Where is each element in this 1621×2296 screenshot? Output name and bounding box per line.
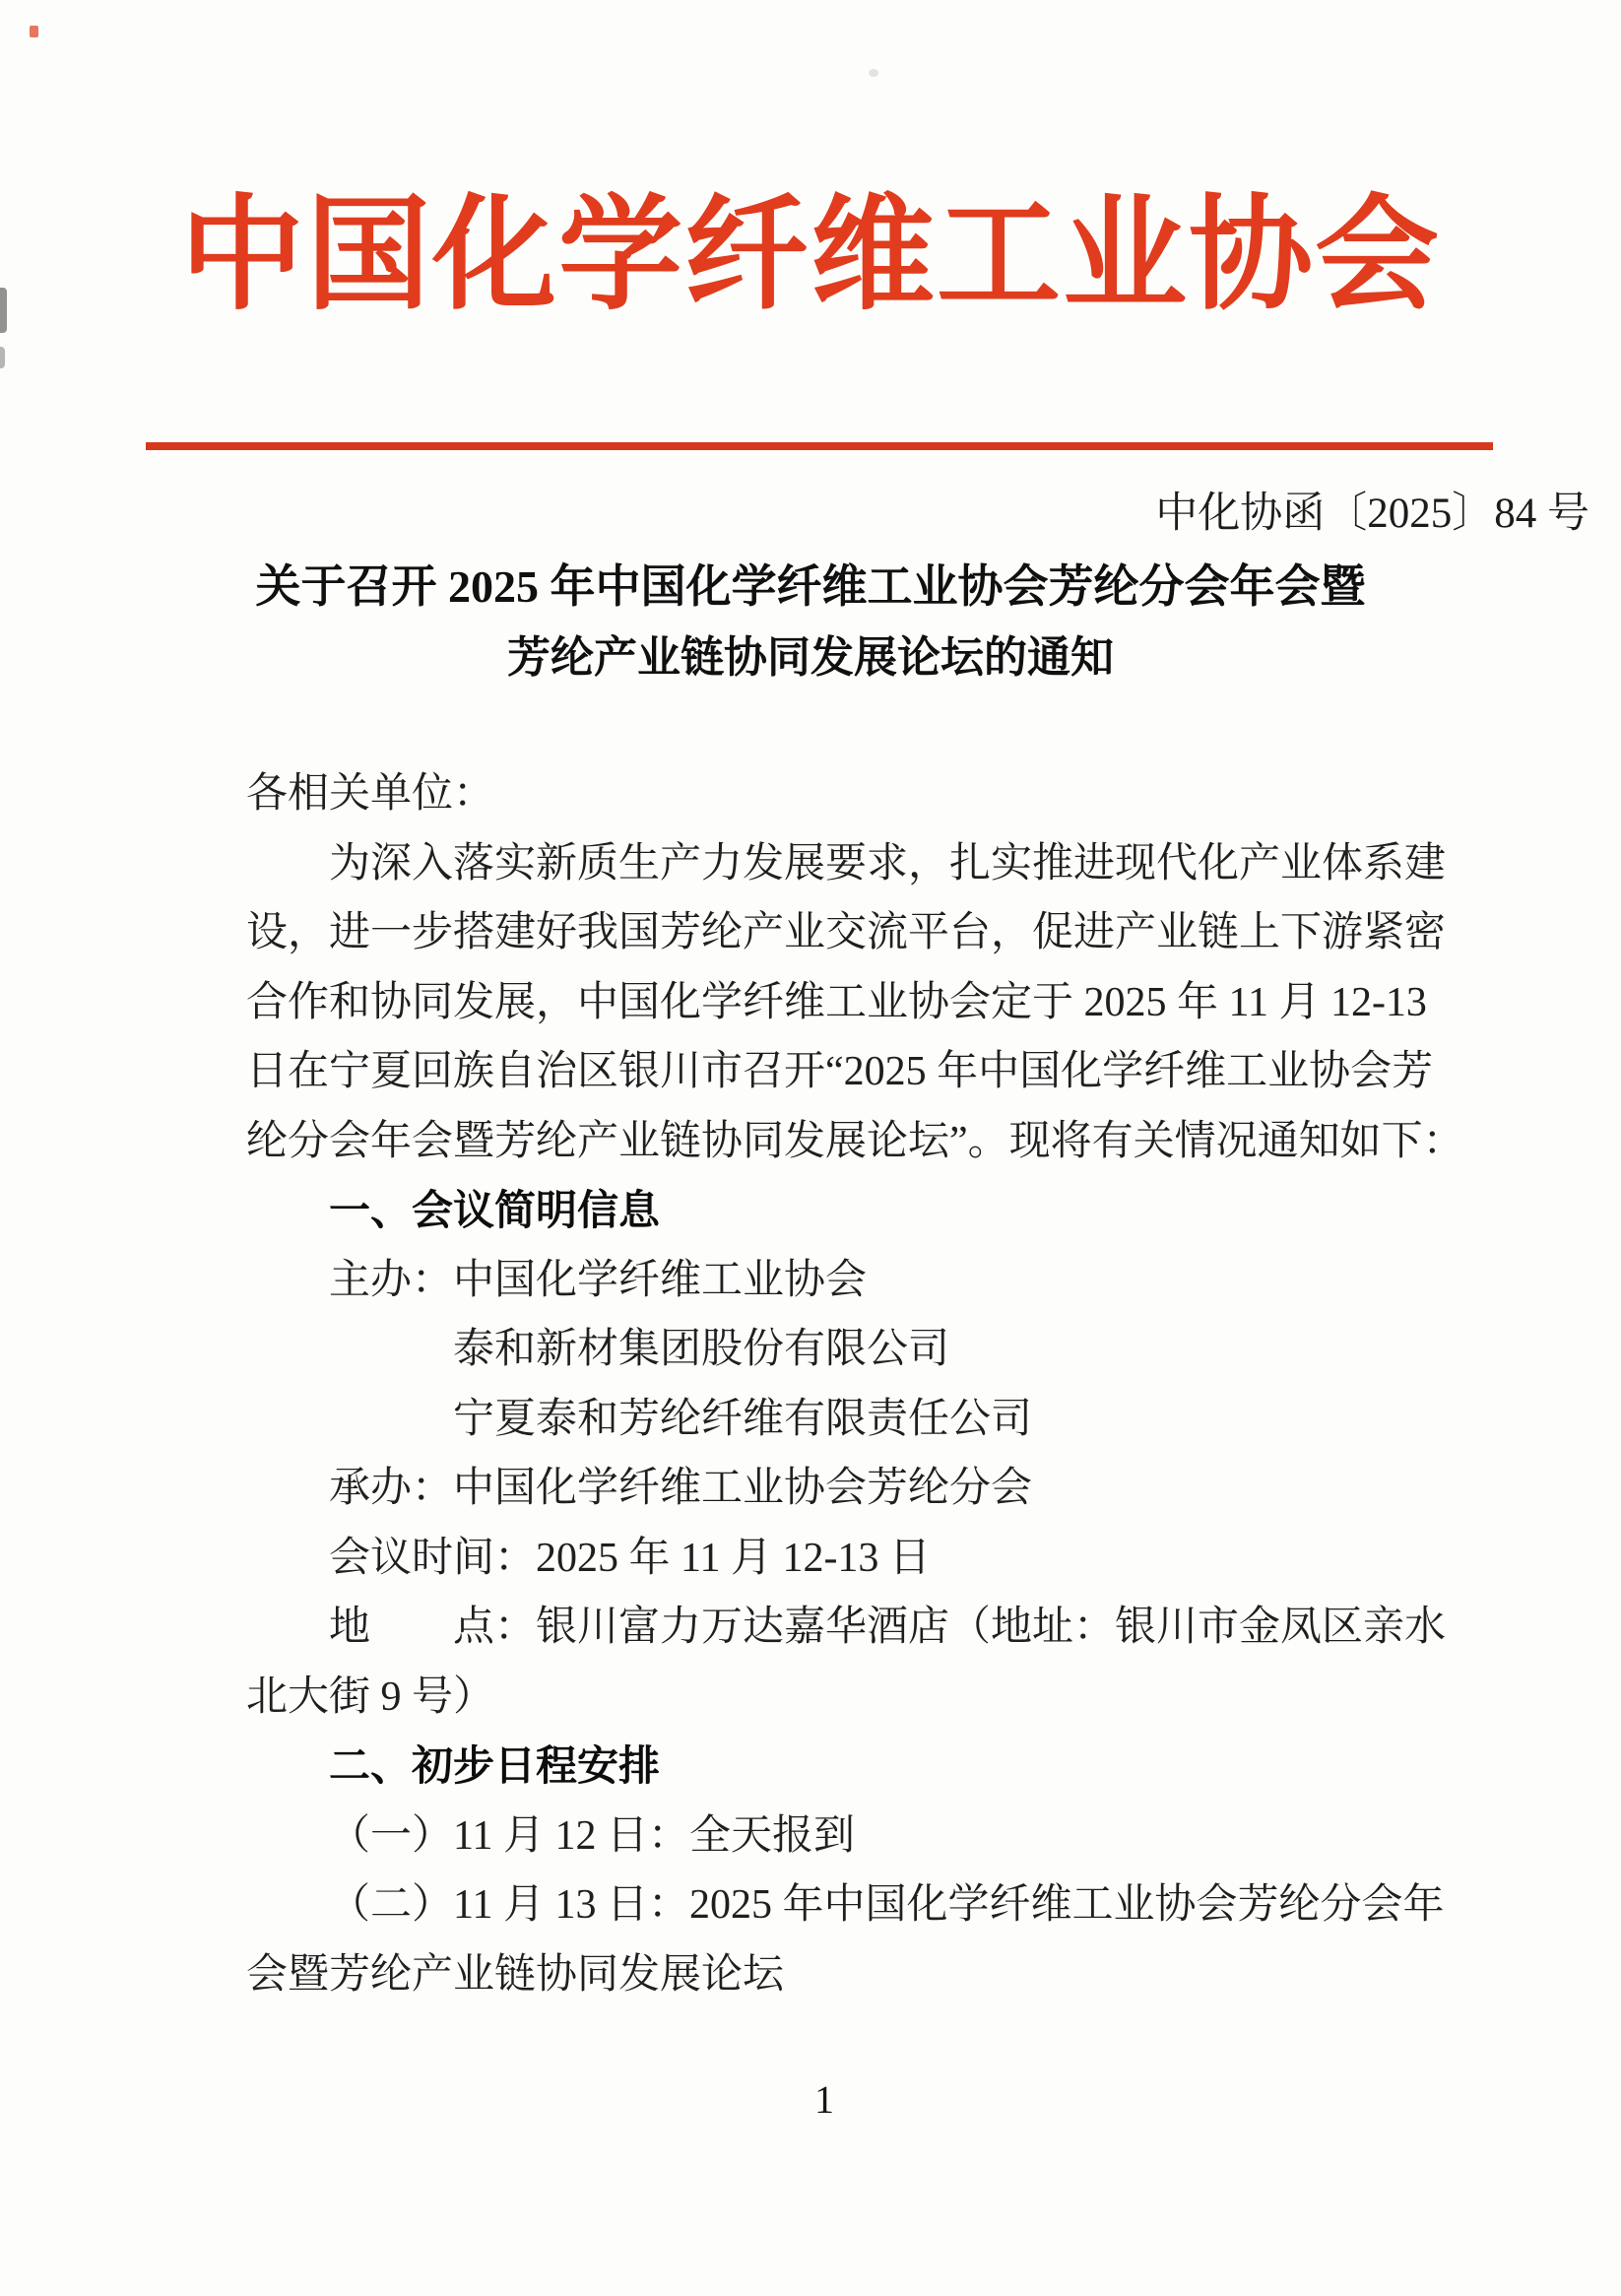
meeting-time-line: 会议时间：2025 年 11 月 12-13 日	[246, 1524, 1487, 1594]
paragraph-line: 日在宁夏回族自治区银川市召开“2025 年中国化学纤维工业协会芳	[246, 1037, 1487, 1107]
document-number: 中化协函〔2025〕84 号	[1155, 480, 1589, 540]
notice-title-line-1: 关于召开 2025 年中国化学纤维工业协会芳纶分会年会暨	[0, 552, 1621, 623]
host-line-3: 宁夏泰和芳纶纤维有限责任公司	[246, 1385, 1487, 1455]
red-header-rule	[146, 442, 1493, 450]
host-line: 主办：中国化学纤维工业协会	[246, 1246, 1487, 1316]
section-one-heading: 一、会议简明信息	[246, 1176, 1487, 1246]
section-two-heading: 二、初步日程安排	[246, 1732, 1487, 1802]
scan-artifact	[30, 26, 38, 37]
host-line-2: 泰和新材集团股份有限公司	[246, 1315, 1487, 1385]
paragraph-line: 纶分会年会暨芳纶产业链协同发展论坛”。现将有关情况通知如下：	[246, 1107, 1487, 1177]
meeting-venue-line: 地 点：银川富力万达嘉华酒店（地址：银川市金凤区亲水	[246, 1593, 1487, 1663]
agenda-continuation-line: 会暨芳纶产业链协同发展论坛	[246, 1940, 1487, 2010]
paragraph-line: 设，进一步搭建好我国芳纶产业交流平台，促进产业链上下游紧密	[246, 898, 1487, 968]
agenda-item-2-line: （二）11 月 13 日：2025 年中国化学纤维工业协会芳纶分会年	[246, 1870, 1487, 1940]
organizer-line: 承办：中国化学纤维工业协会芳纶分会	[246, 1454, 1487, 1524]
paragraph-line: 为深入落实新质生产力发展要求，扎实推进现代化产业体系建	[246, 829, 1487, 899]
agenda-item-1-line: （一）11 月 12 日：全天报到	[246, 1802, 1487, 1871]
notice-body: 各相关单位： 为深入落实新质生产力发展要求，扎实推进现代化产业体系建 设，进一步…	[246, 759, 1487, 2009]
scan-artifact	[869, 69, 878, 77]
venue-continuation-line: 北大街 9 号）	[246, 1663, 1487, 1733]
page-number: 1	[14, 2076, 1621, 2123]
document-page: 中国化学纤维工业协会 中化协函〔2025〕84 号 关于召开 2025 年中国化…	[0, 0, 1621, 2296]
notice-title: 关于召开 2025 年中国化学纤维工业协会芳纶分会年会暨 芳纶产业链协同发展论坛…	[0, 552, 1621, 693]
salutation-line: 各相关单位：	[246, 759, 1487, 829]
organization-title: 中国化学纤维工业协会	[0, 156, 1621, 334]
paragraph-line: 合作和协同发展，中国化学纤维工业协会定于 2025 年 11 月 12-13	[246, 968, 1487, 1038]
scan-artifact	[0, 347, 5, 368]
notice-title-line-2: 芳纶产业链协同发展论坛的通知	[0, 623, 1621, 693]
